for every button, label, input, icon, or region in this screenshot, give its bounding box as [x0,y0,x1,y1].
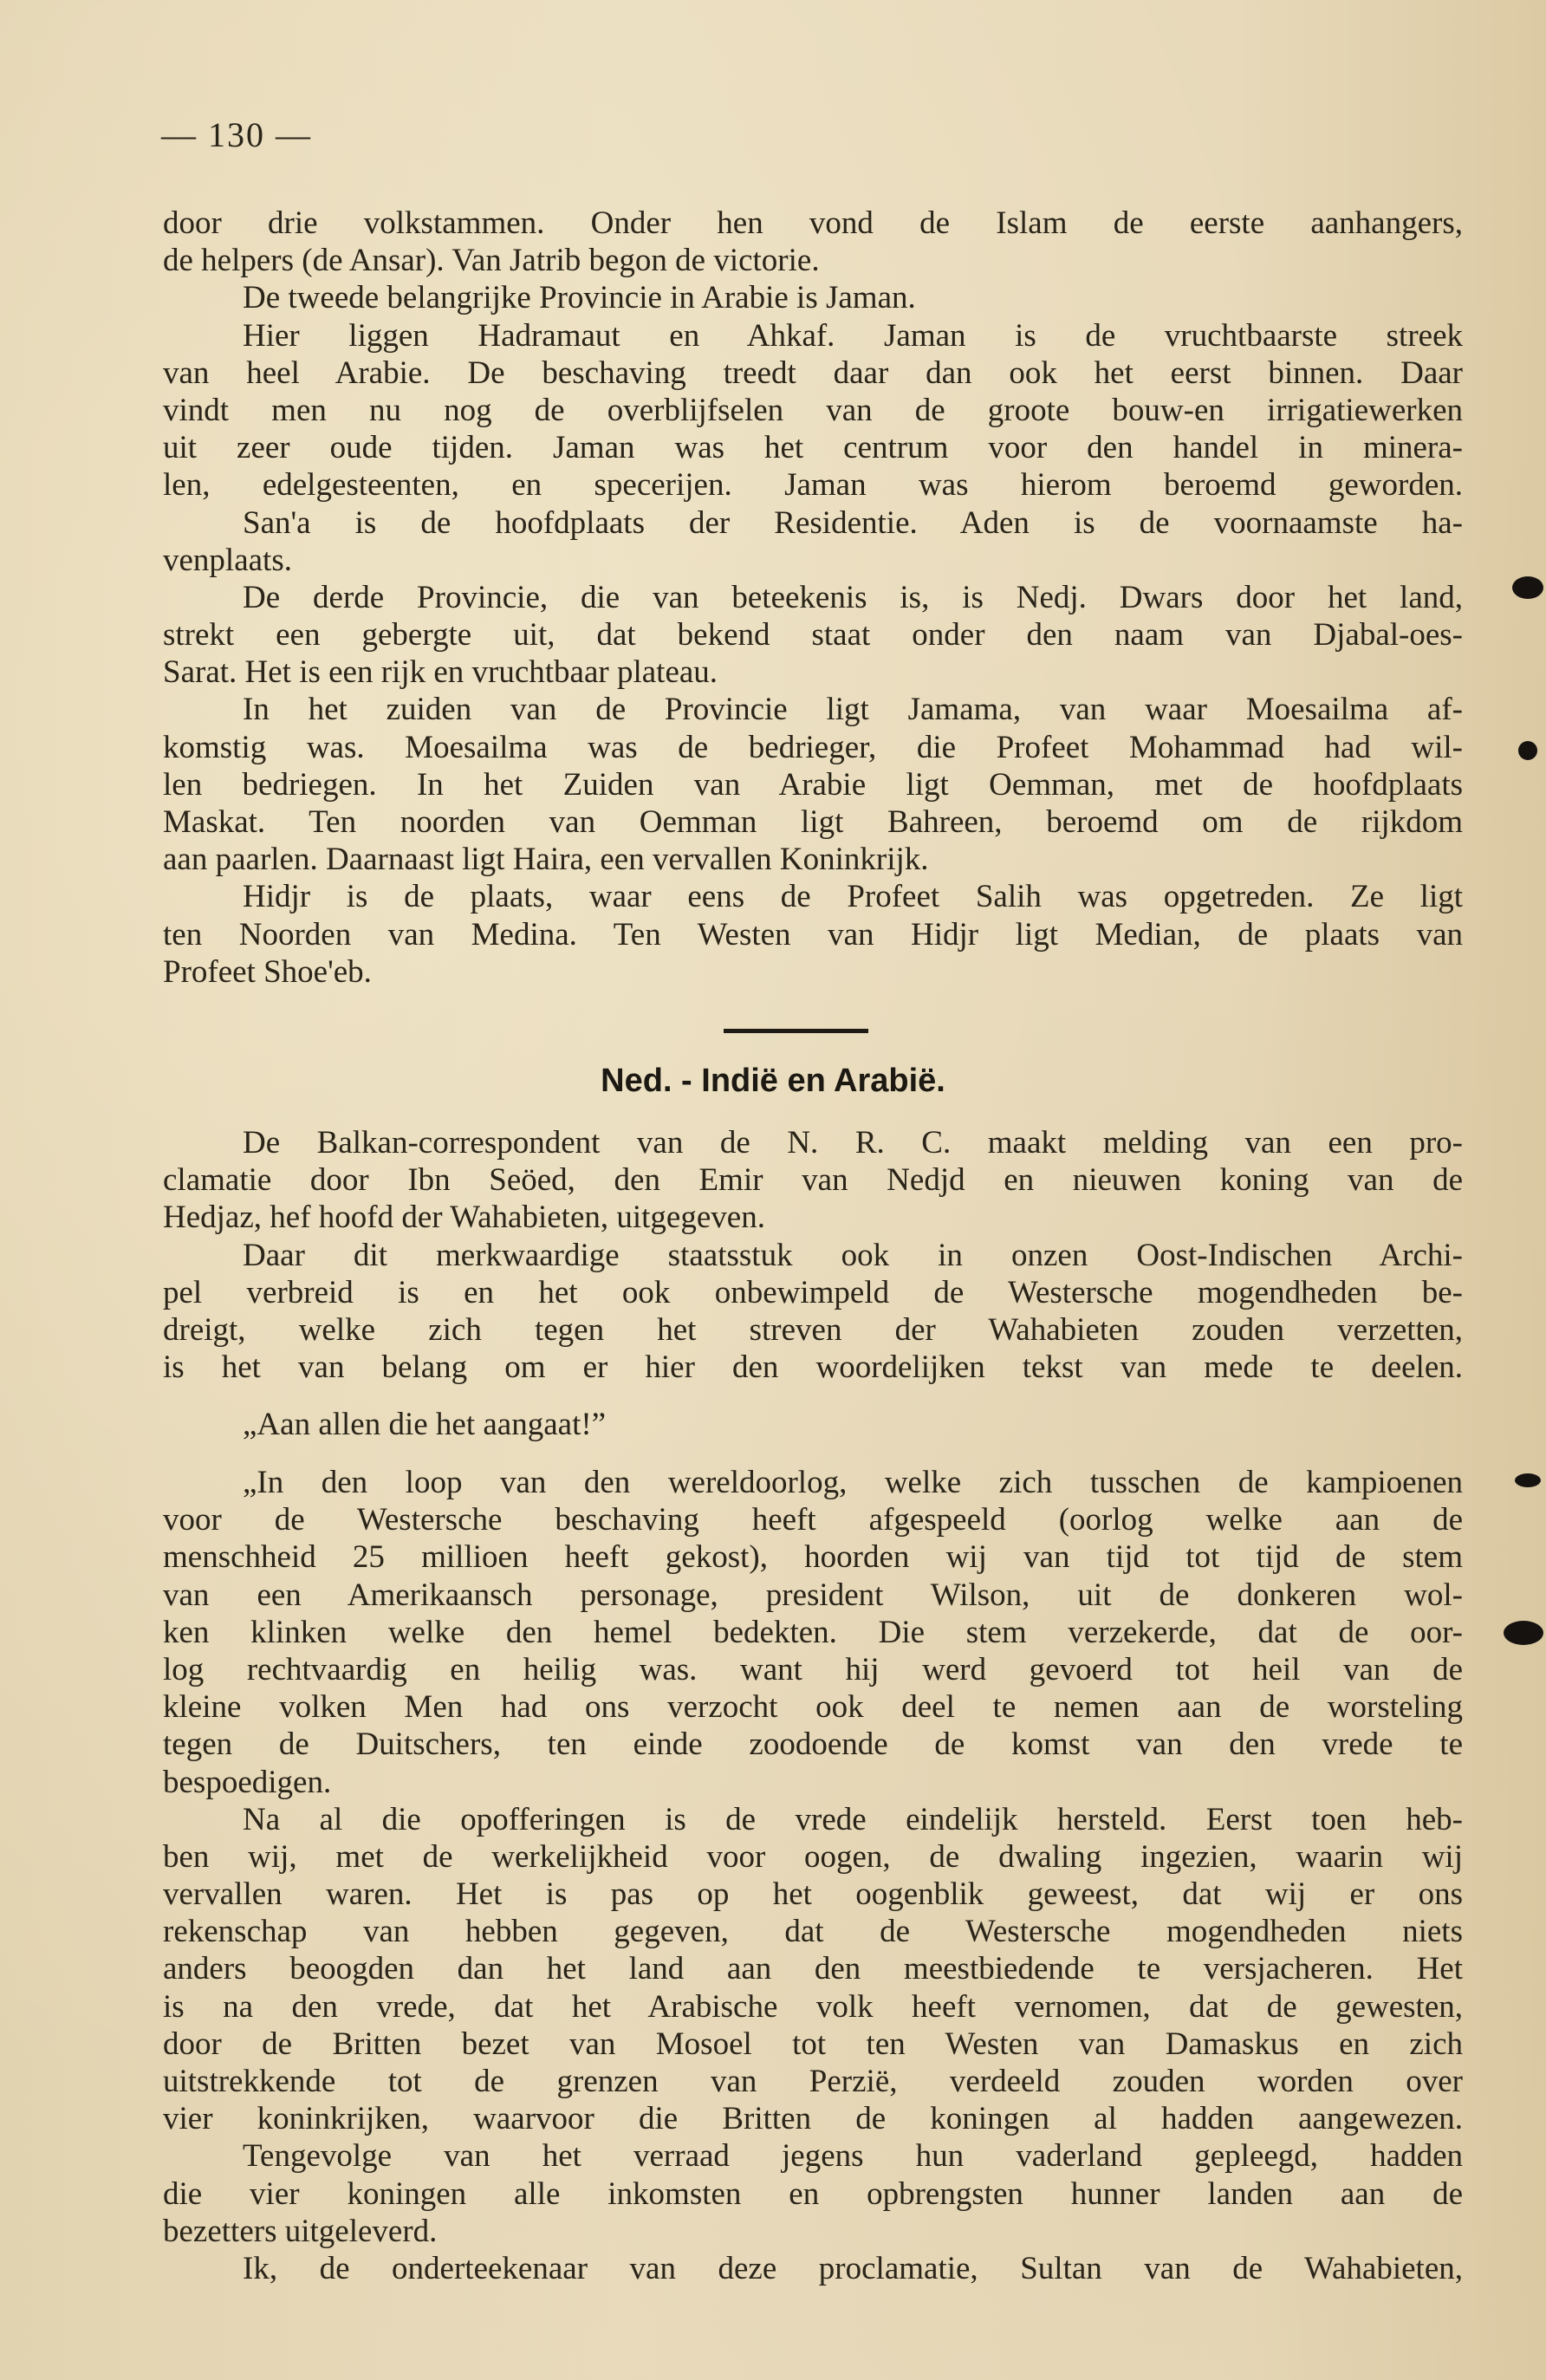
text-line: van heel Arabie. De beschaving treedt da… [163,354,1463,392]
section-divider [724,1029,868,1033]
text-line: log rechtvaardig en heilig was. want hij… [163,1651,1463,1688]
text-line: Hedjaz, hef hoofd der Wahabieten, uitgeg… [163,1199,1463,1236]
text-line: Ik, de onderteekenaar van deze proclamat… [163,2250,1463,2287]
text-line: door drie volkstammen. Onder hen vond de… [163,205,1463,242]
text-line: De derde Provincie, die van beteekenis i… [163,579,1463,616]
text-line: voor de Westersche beschaving heeft afge… [163,1501,1463,1538]
text-line: is na den vrede, dat het Arabische volk … [163,1988,1463,2026]
text-line: „In den loop van den wereldoorlog, welke… [163,1464,1463,1501]
text-line: ken klinken welke den hemel bedekten. Di… [163,1614,1463,1651]
text-line: vervallen waren. Het is pas op het oogen… [163,1876,1463,1913]
text-line: anders beoogden dan het land aan den mee… [163,1950,1463,1987]
text-line: menschheid 25 millioen heeft gekost), ho… [163,1538,1463,1576]
text-line: De Balkan-correspondent van de N. R. C. … [163,1124,1463,1161]
text-line: vindt men nu nog de overblijfselen van d… [163,392,1463,429]
text-line: strekt een gebergte uit, dat bekend staa… [163,616,1463,654]
text-line: is het van belang om er hier den woordel… [163,1349,1463,1386]
text-line: len, edelgesteenten, en specerijen. Jama… [163,466,1463,504]
scanned-page: — 130 — door drie volkstammen. Onder hen… [0,0,1546,2380]
text-line: uit zeer oude tijden. Jaman was het cent… [163,429,1463,466]
text-line: len bedriegen. In het Zuiden van Arabie … [163,766,1463,803]
text-line: ben wij, met de werkelijkheid voor oogen… [163,1838,1463,1876]
text-line: dreigt, welke zich tegen het streven der… [163,1311,1463,1349]
text-line: venplaats. [163,542,1463,579]
text-line: bezetters uitgeleverd. [163,2213,1463,2250]
article-heading: Ned. - Indië en Arabië. [0,1063,1546,1100]
section-intro-proclamation: De Balkan-correspondent van de N. R. C. … [163,1124,1463,1386]
ink-spot [1512,576,1543,599]
text-line: Daar dit merkwaardige staatsstuk ook in … [163,1237,1463,1274]
text-line: Tengevolge van het verraad jegens hun va… [163,2137,1463,2175]
text-line: uitstrekkende tot de grenzen van Perzië,… [163,2063,1463,2100]
quote-title: „Aan allen die het aangaat!” [163,1406,1463,1443]
text-line: die vier koningen alle inkomsten en opbr… [163,2175,1463,2213]
page-number: — 130 — [161,114,312,155]
text-line: rekenschap van hebben gegeven, dat de We… [163,1913,1463,1950]
ink-spot [1504,1621,1543,1645]
ink-spot [1515,1473,1541,1487]
text-line: Hidjr is de plaats, waar eens de Profeet… [163,878,1463,915]
text-line: vier koninkrijken, waarvoor die Britten … [163,2100,1463,2137]
text-line: pel verbreid is en het ook onbewimpeld d… [163,1274,1463,1311]
section-arabia-provinces: door drie volkstammen. Onder hen vond de… [163,205,1463,991]
text-line: Maskat. Ten noorden van Oemman ligt Bahr… [163,803,1463,841]
section-proclamation-text: „In den loop van den wereldoorlog, welke… [163,1464,1463,2287]
text-line: Hier liggen Hadramaut en Ahkaf. Jaman is… [163,317,1463,354]
text-line: clamatie door Ibn Seöed, den Emir van Ne… [163,1161,1463,1199]
quote-title-block: „Aan allen die het aangaat!” [163,1406,1463,1443]
text-line: In het zuiden van de Provincie ligt Jama… [163,691,1463,728]
text-line: De tweede belangrijke Provincie in Arabi… [163,279,1463,316]
text-line: tegen de Duitschers, ten einde zoodoende… [163,1726,1463,1763]
text-line: aan paarlen. Daarnaast ligt Haira, een v… [163,841,1463,878]
text-line: kleine volken Men had ons verzocht ook d… [163,1688,1463,1726]
text-line: Na al die opofferingen is de vrede einde… [163,1801,1463,1838]
text-line: komstig was. Moesailma was de bedrieger,… [163,729,1463,766]
text-line: bespoedigen. [163,1764,1463,1801]
text-line: ten Noorden van Medina. Ten Westen van H… [163,916,1463,953]
text-line: Sarat. Het is een rijk en vruchtbaar pla… [163,654,1463,691]
text-line: Profeet Shoe'eb. [163,953,1463,991]
ink-spot [1518,741,1537,760]
text-line: de helpers (de Ansar). Van Jatrib begon … [163,242,1463,279]
text-line: van een Amerikaansch personage, presiden… [163,1577,1463,1614]
text-line: San'a is de hoofdplaats der Residentie. … [163,504,1463,542]
text-line: door de Britten bezet van Mosoel tot ten… [163,2026,1463,2063]
